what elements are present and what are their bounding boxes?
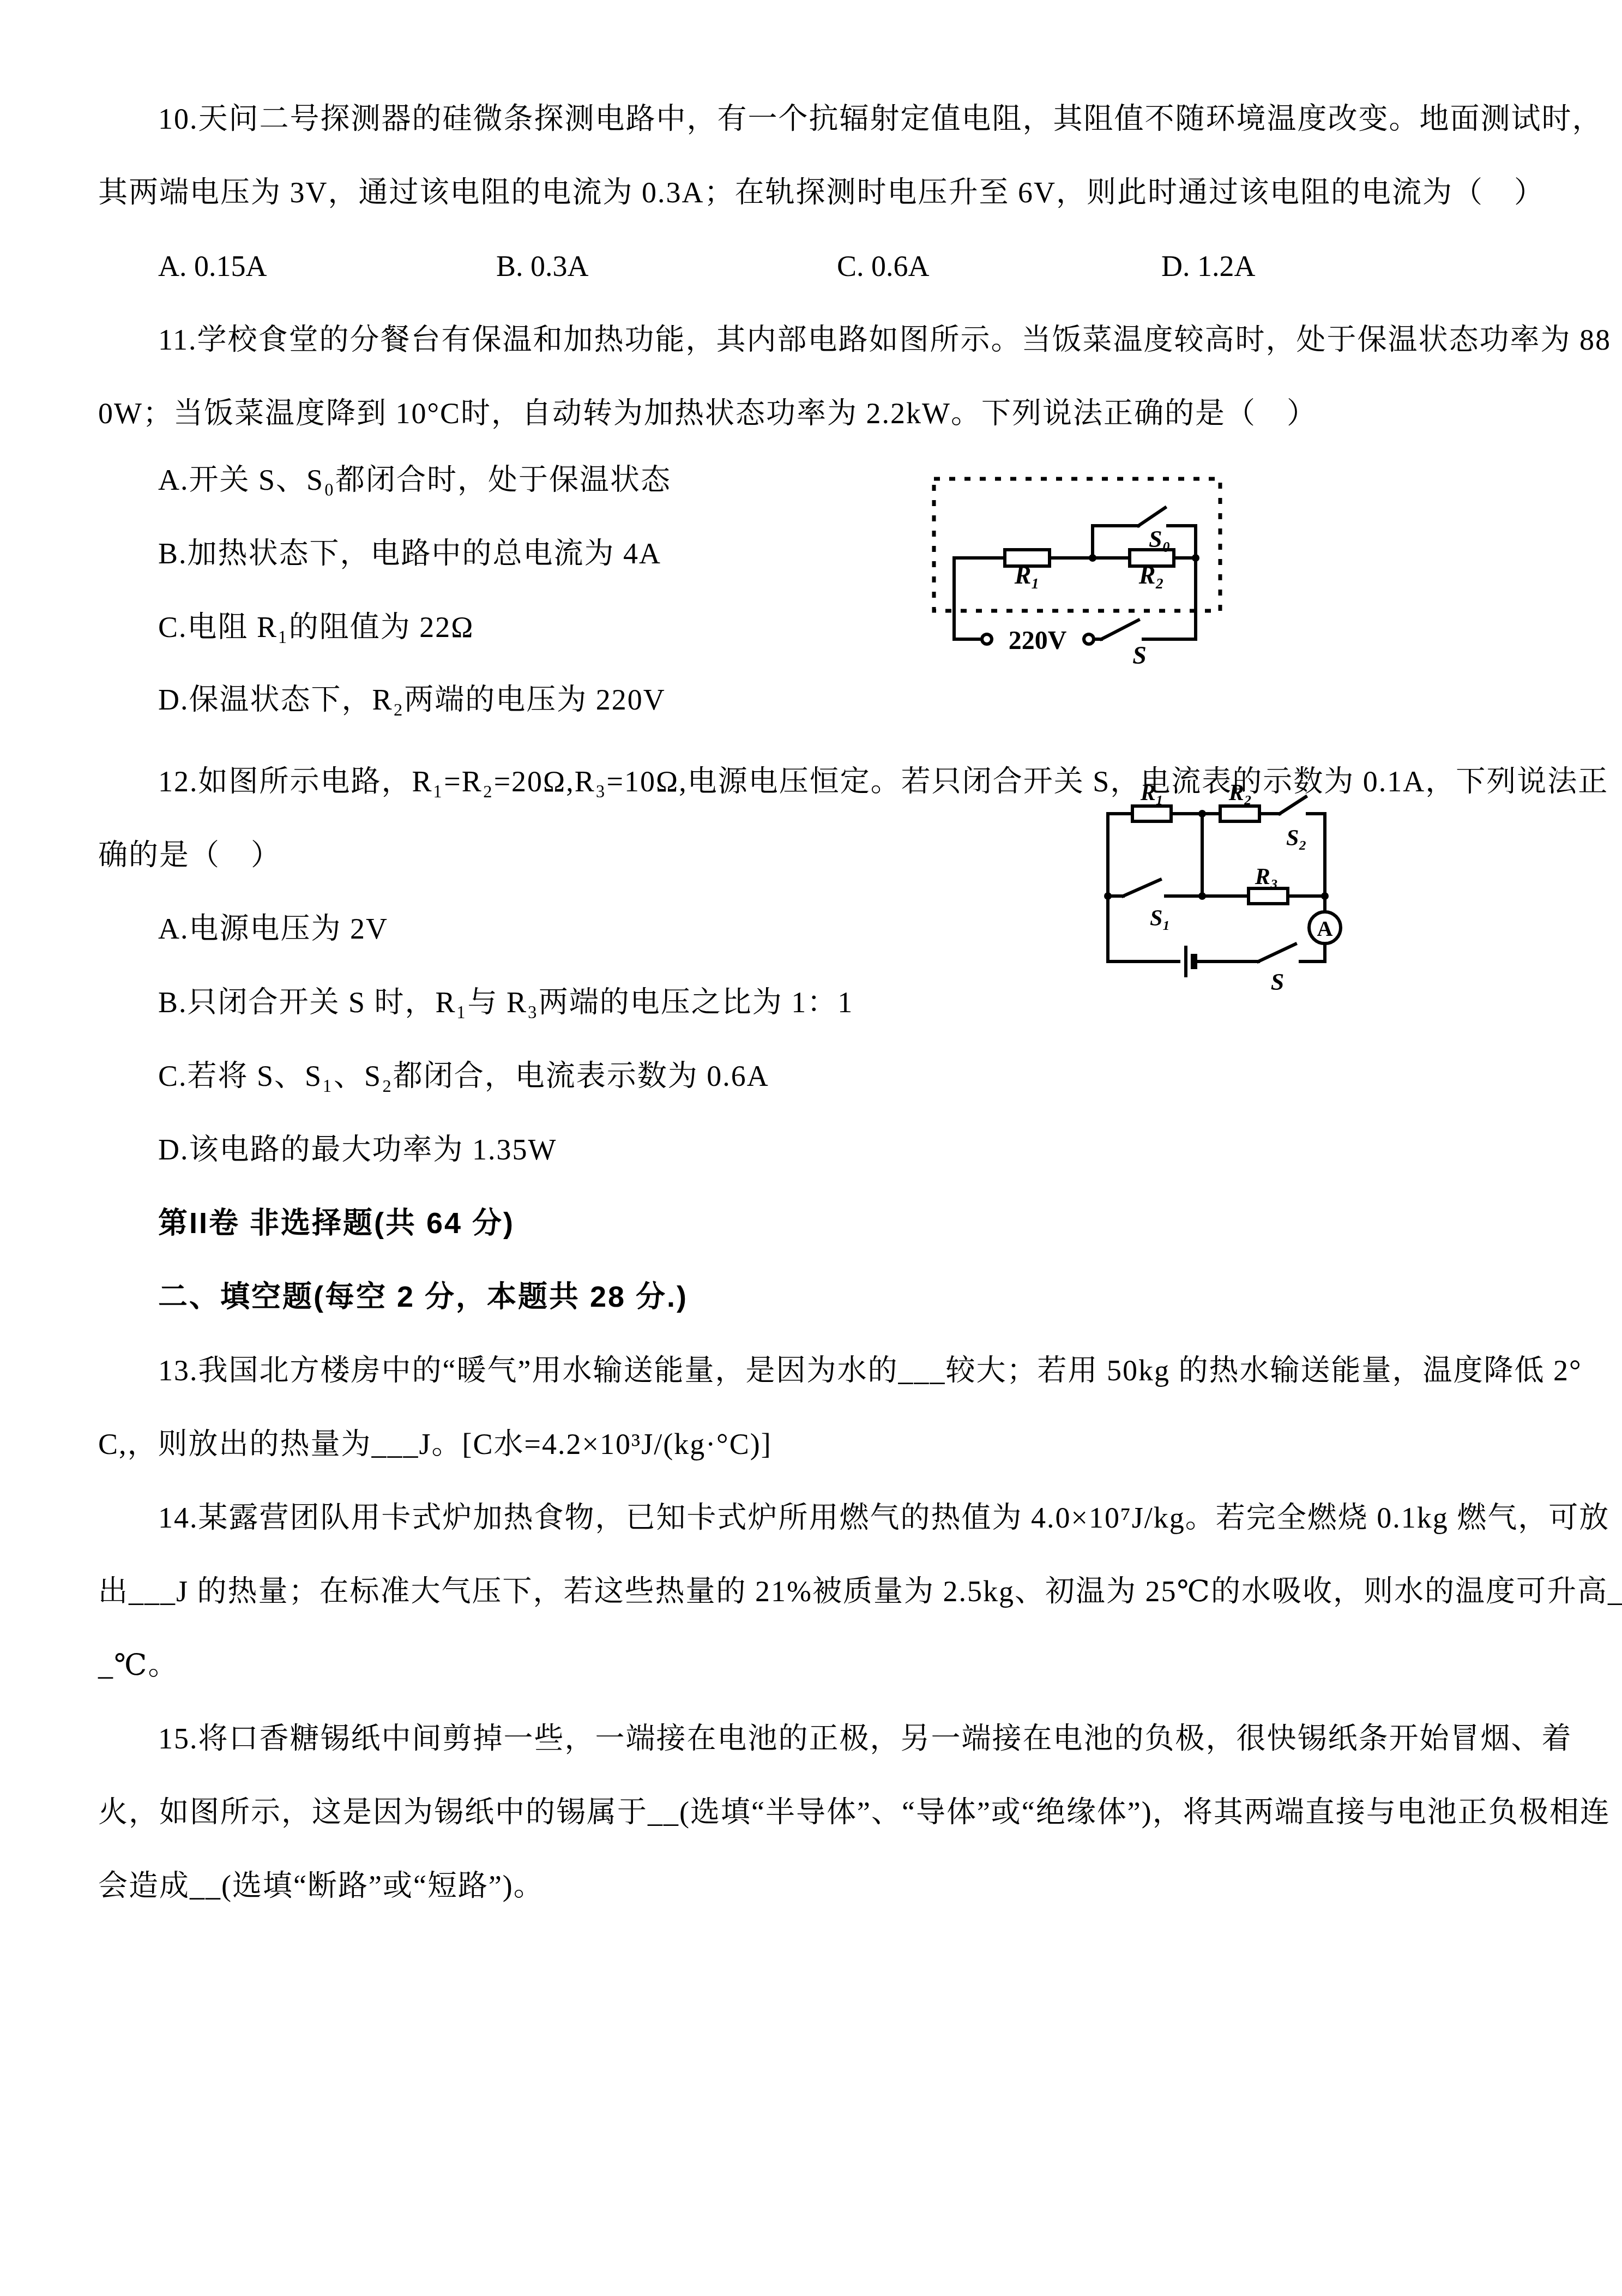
q11-left-wire: [954, 558, 982, 639]
q12-junction-dot-1: [1198, 810, 1206, 818]
q11-label-r1: R₁: [1014, 561, 1040, 589]
q11-junction-dot-1: [1089, 554, 1096, 562]
q12-label-s: S: [1271, 969, 1284, 995]
q11-dashed-enclosure: [934, 479, 1220, 611]
q11-circuit-svg: R₁ R₂ S₀ 220V S: [921, 472, 1227, 674]
q12-resistor-r2: [1220, 806, 1259, 821]
q11-junction-dot-2: [1192, 554, 1199, 562]
q12-circuit-svg: R₁ R₂ S₂ R₃ S₁ A S: [1096, 777, 1347, 1009]
q12-label-s1: S₁: [1150, 906, 1171, 931]
q11-option-d: D.保温状态下，R₂两端的电压为 220V: [158, 682, 666, 718]
q11-option-b: B.加热状态下，电路中的总电流为 4A: [158, 536, 661, 572]
q10-option-b: B. 0.3A: [496, 248, 589, 284]
q11-switch-s0-blade: [1138, 508, 1165, 526]
q12-option-d: D.该电路的最大功率为 1.35W: [158, 1132, 557, 1168]
q12-resistor-r3: [1249, 888, 1288, 904]
q12-label-s2: S₂: [1286, 826, 1307, 851]
q11-label-s0: S₀: [1149, 526, 1171, 552]
q12-line1: 12.如图所示电路，R₁=R₂=20Ω,R₃=10Ω,电源电压恒定。若只闭合开关…: [158, 764, 1608, 800]
q12-label-r1: R₁: [1140, 780, 1164, 806]
q10-options-row: A. 0.15A B. 0.3A C. 0.6A D. 1.2A: [0, 248, 1622, 284]
q11-terminal-left: [982, 634, 992, 644]
q12-junction-dot-4: [1321, 892, 1329, 900]
q11-option-a: A.开关 S、S₀都闭合时，处于保温状态: [158, 462, 671, 498]
q14-line3: _℃。: [98, 1647, 178, 1683]
q10-option-d: D. 1.2A: [1161, 248, 1256, 284]
q13-line2: C,，则放出的热量为___J。[C水=4.2×10³J/(kg·°C)]: [98, 1426, 772, 1462]
q12-line2: 确的是（ ）: [98, 837, 281, 873]
q12-circuit-figure: R₁ R₂ S₂ R₃ S₁ A S: [1096, 777, 1347, 1009]
q11-line2: 0W；当饭菜温度降到 10°C时，自动转为加热状态功率为 2.2kW。下列说法正…: [98, 395, 1317, 431]
q12-junction-dot-3: [1198, 892, 1206, 900]
exam-paper-page: 10.天问二号探测器的硅微条探测电路中，有一个抗辐射定值电阻，其阻值不随环境温度…: [0, 0, 1622, 2296]
q10-line1: 10.天问二号探测器的硅微条探测电路中，有一个抗辐射定值电阻，其阻值不随环境温度…: [158, 101, 1603, 137]
q11-switch-s-blade: [1101, 620, 1138, 639]
section2-title: 第II卷 非选择题(共 64 分): [158, 1205, 515, 1241]
q11-label-r2: R₂: [1138, 561, 1165, 589]
q14-line2: 出___J 的热量；在标准大气压下，若这些热量的 21%被质量为 2.5kg、初…: [98, 1573, 1622, 1609]
q15-line1: 15.将口香糖锡纸中间剪掉一些，一端接在电池的正极，另一端接在电池的负极，很快锡…: [158, 1721, 1572, 1757]
q12-label-r2: R₂: [1228, 780, 1252, 806]
q12-option-a: A.电源电压为 2V: [158, 911, 388, 947]
q11-right-wire: [1168, 526, 1196, 639]
q12-junction-dot-2: [1104, 892, 1112, 900]
q10-option-c: C. 0.6A: [837, 248, 930, 284]
q12-switch-s2-blade: [1280, 797, 1306, 814]
q12-switch-s1-blade: [1123, 880, 1160, 896]
q11-label-s: S: [1132, 641, 1147, 669]
q12-label-ammeter: A: [1317, 916, 1333, 941]
q12-option-c: C.若将 S、S₁、S₂都闭合，电流表示数为 0.6A: [158, 1058, 769, 1094]
q11-line1: 11.学校食堂的分餐台有保温和加热功能，其内部电路如图所示。当饭菜温度较高时，处…: [158, 322, 1611, 358]
q10-option-a: A. 0.15A: [158, 248, 267, 284]
q15-line3: 会造成__(选填“断路”或“短路”)。: [98, 1868, 544, 1904]
q11-label-220v: 220V: [1009, 626, 1067, 655]
q13-line1: 13.我国北方楼房中的“暖气”用水输送能量，是因为水的___较大；若用 50kg…: [158, 1353, 1582, 1389]
q14-line1: 14.某露营团队用卡式炉加热食物，已知卡式炉所用燃气的热值为 4.0×10⁷J/…: [158, 1500, 1609, 1536]
q11-circuit-figure: R₁ R₂ S₀ 220V S: [921, 472, 1227, 674]
q10-line2: 其两端电压为 3V，通过该电阻的电流为 0.3A；在轨探测时电压升至 6V，则此…: [98, 175, 1545, 211]
q12-option-b: B.只闭合开关 S 时，R₁与 R₃两端的电压之比为 1：1: [158, 984, 853, 1020]
section2-subtitle: 二、填空题(每空 2 分，本题共 28 分.): [158, 1279, 688, 1315]
q12-label-r3: R₃: [1255, 864, 1279, 889]
q12-resistor-r1: [1132, 806, 1171, 821]
q11-option-c: C.电阻 R₁的阻值为 22Ω: [158, 609, 474, 645]
q12-switch-s-blade: [1258, 944, 1295, 961]
q15-line2: 火，如图所示，这是因为锡纸中的锡属于__(选填“半导体”、“导体”或“绝缘体”)…: [98, 1794, 1611, 1830]
